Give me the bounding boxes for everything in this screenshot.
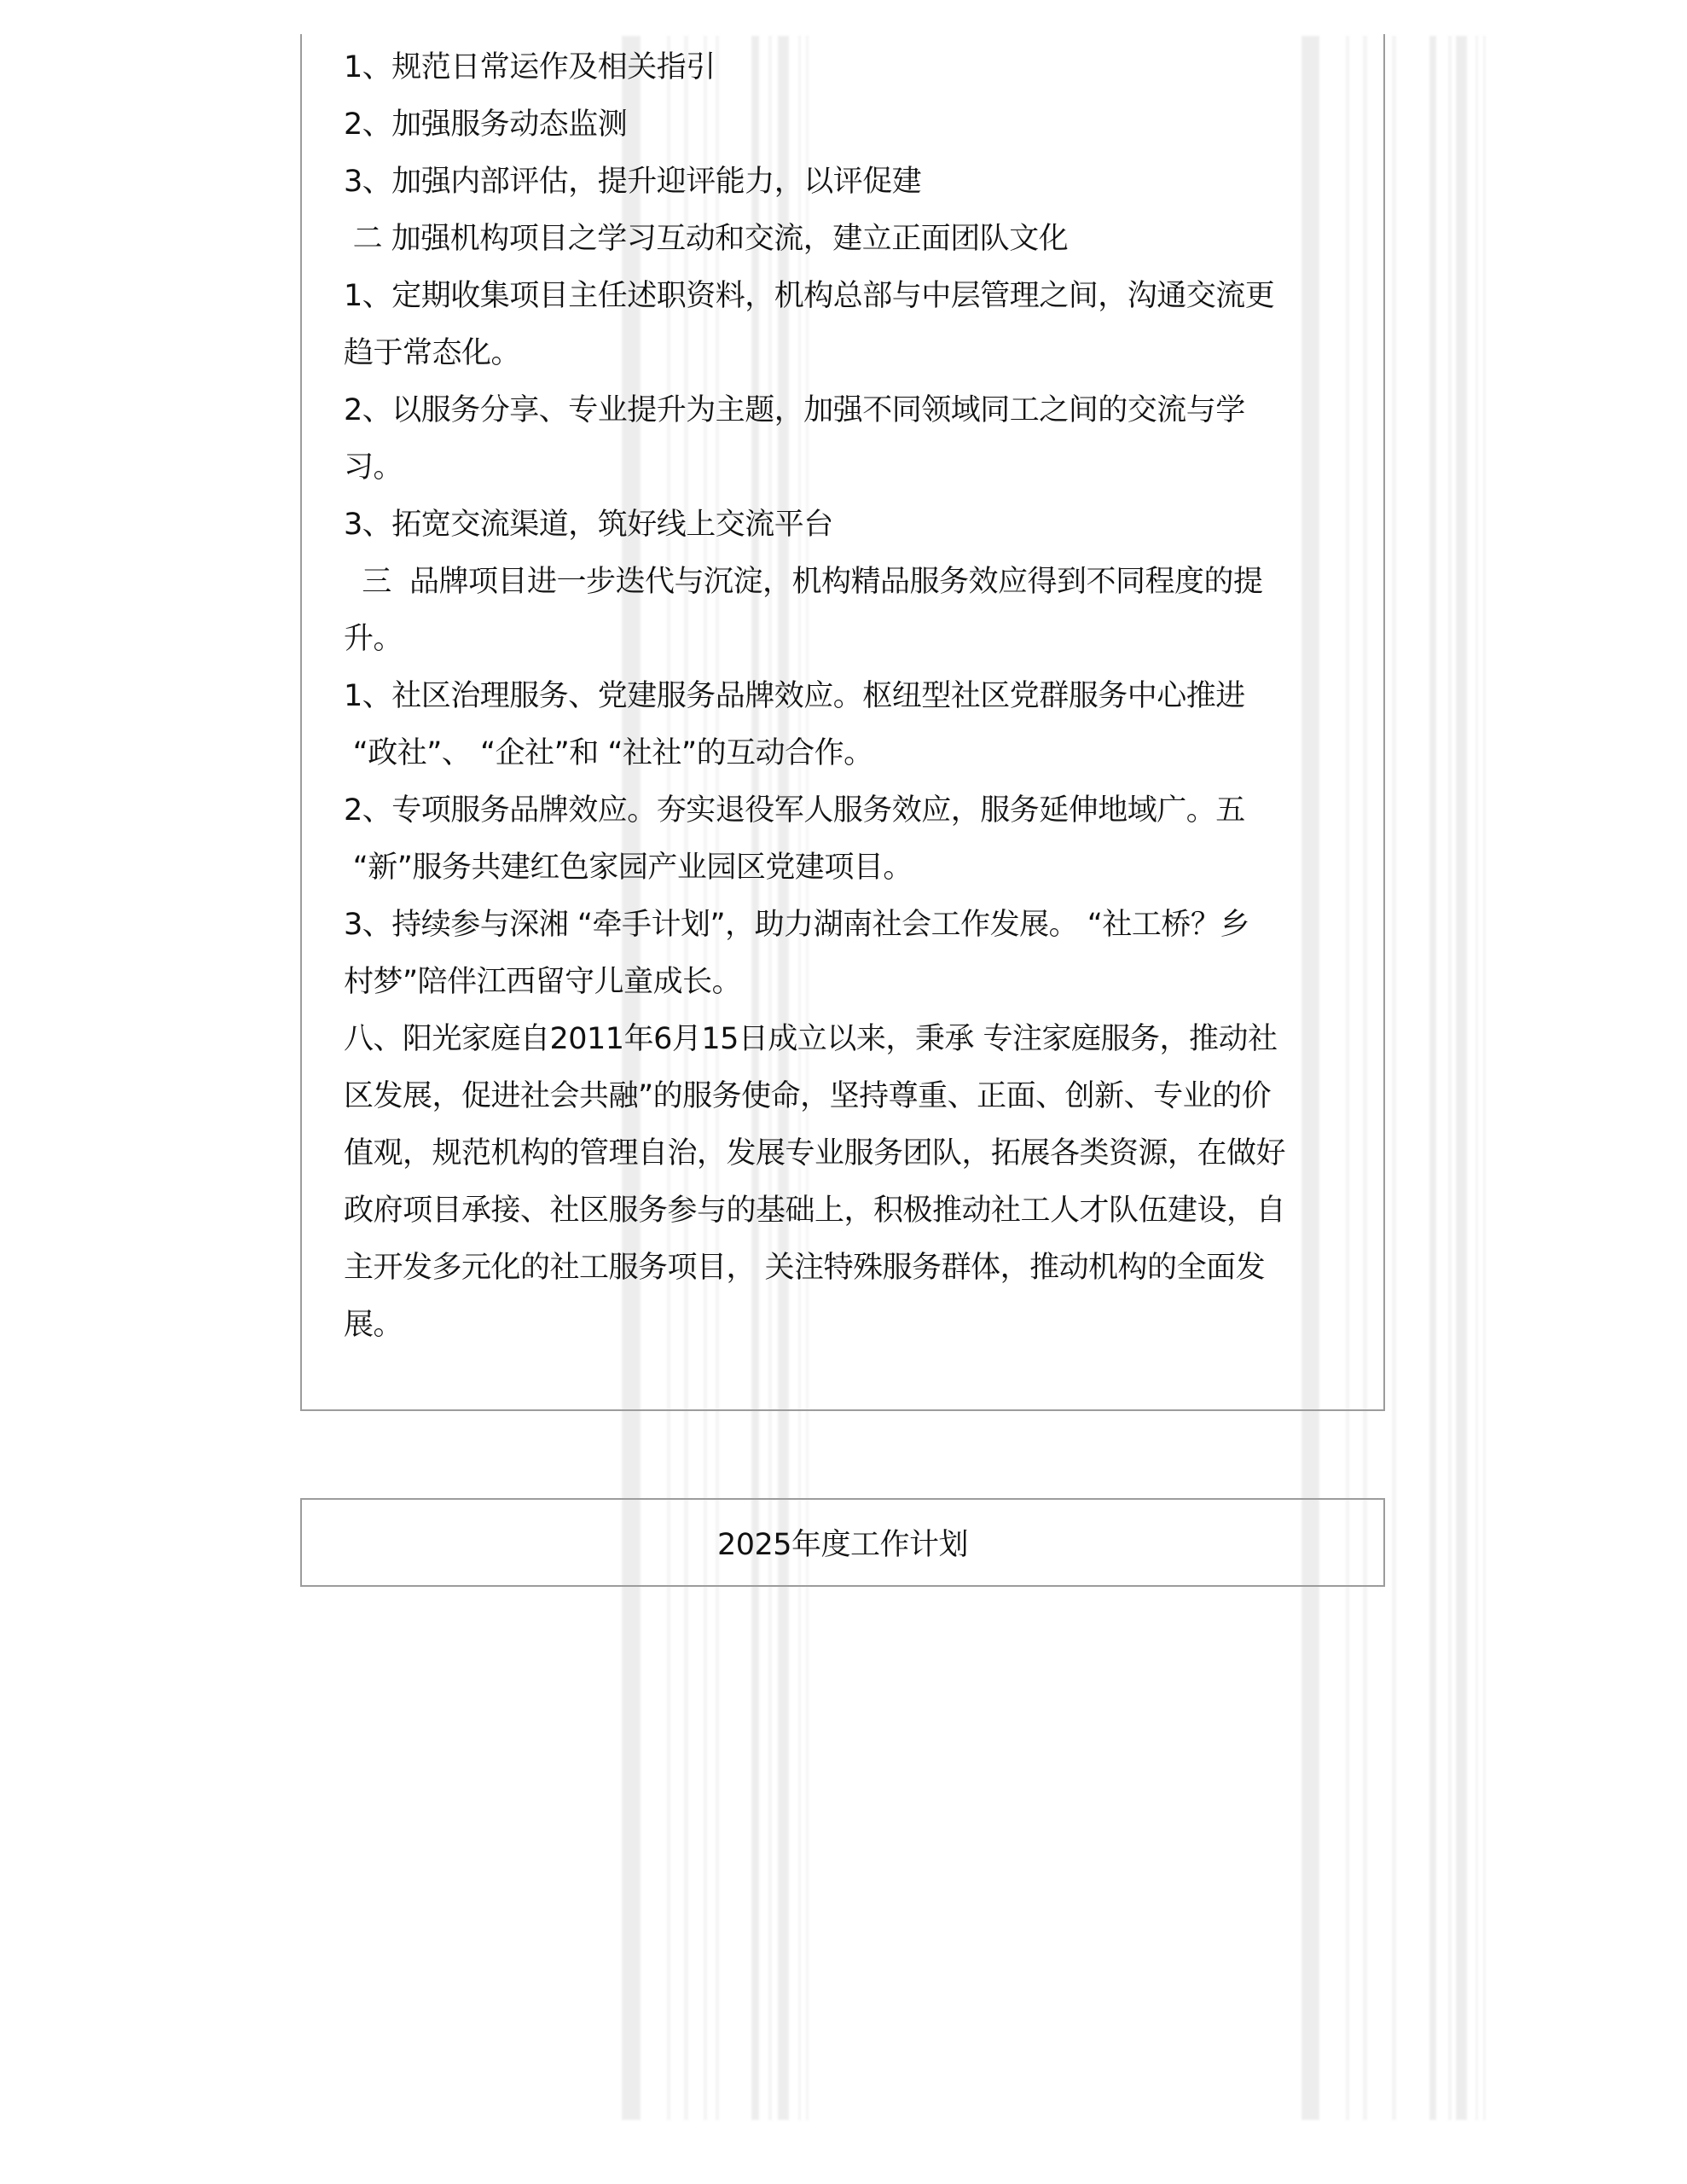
stripe	[1483, 36, 1486, 2120]
plan-title: 2025年度工作计划	[717, 1521, 968, 1564]
section-heading: 二 加强机构项目之学习互动和交流，建立正面团队文化	[344, 220, 1068, 258]
text-line: 1、定期收集项目主任述职资料，机构总部与中层管理之间，沟通交流更	[344, 277, 1274, 315]
text-line: 1、规范日常运作及相关指引	[344, 49, 716, 86]
text-line: 政府项目承接、社区服务参与的基础上，积极推动社工人才队伍建设，自	[344, 1192, 1285, 1229]
text-line: 主开发多元化的社工服务项目， 关注特殊服务群体，推动机构的全面发	[344, 1249, 1265, 1287]
text-line: 展。	[344, 1306, 403, 1344]
stripe	[1429, 36, 1436, 2120]
stripe	[1475, 36, 1478, 2120]
stripe	[1448, 36, 1452, 2120]
section-heading: 三 品牌项目进一步迭代与沉淀，机构精品服务效应得到不同程度的提	[344, 563, 1263, 601]
plan-title-box: 2025年度工作计划	[300, 1498, 1385, 1587]
text-line: 3、加强内部评估，提升迎评能力，以评促建	[344, 163, 921, 200]
text-line: 习。	[344, 449, 403, 486]
stripe	[1456, 36, 1467, 2120]
text-line: 八、阳光家庭自2011年6月15日成立以来，秉承 专注家庭服务，推动社	[344, 1020, 1278, 1058]
text-line: 趋于常态化。	[344, 334, 520, 372]
text-line: 村梦”陪伴江西留守儿童成长。	[344, 963, 741, 1001]
text-line: “政社”、 “企社”和 “社社”的互动合作。	[344, 735, 873, 772]
text-line: 2、专项服务品牌效应。夯实退役军人服务效应，服务延伸地域广。五	[344, 792, 1245, 829]
text-line: 3、拓宽交流渠道，筑好线上交流平台	[344, 506, 833, 543]
stripe	[1392, 36, 1396, 2120]
text-line: “新”服务共建红色家园产业园区党建项目。	[344, 849, 913, 886]
text-line: 1、社区治理服务、党建服务品牌效应。枢纽型社区党群服务中心推进	[344, 677, 1245, 715]
text-line: 升。	[344, 620, 403, 658]
text-line: 2、以服务分享、专业提升为主题，加强不同领域同工之间的交流与学	[344, 392, 1245, 429]
text-line: 3、持续参与深湘 “牵手计划”，助力湖南社会工作发展。 “社工桥？乡	[344, 906, 1249, 944]
text-line: 值观，规范机构的管理自治，发展专业服务团队，拓展各类资源，在做好	[344, 1135, 1285, 1172]
text-line: 2、加强服务动态监测	[344, 106, 627, 143]
text-line: 区发展，促进社会共融”的服务使命，坚持尊重、正面、创新、专业的价	[344, 1077, 1271, 1115]
